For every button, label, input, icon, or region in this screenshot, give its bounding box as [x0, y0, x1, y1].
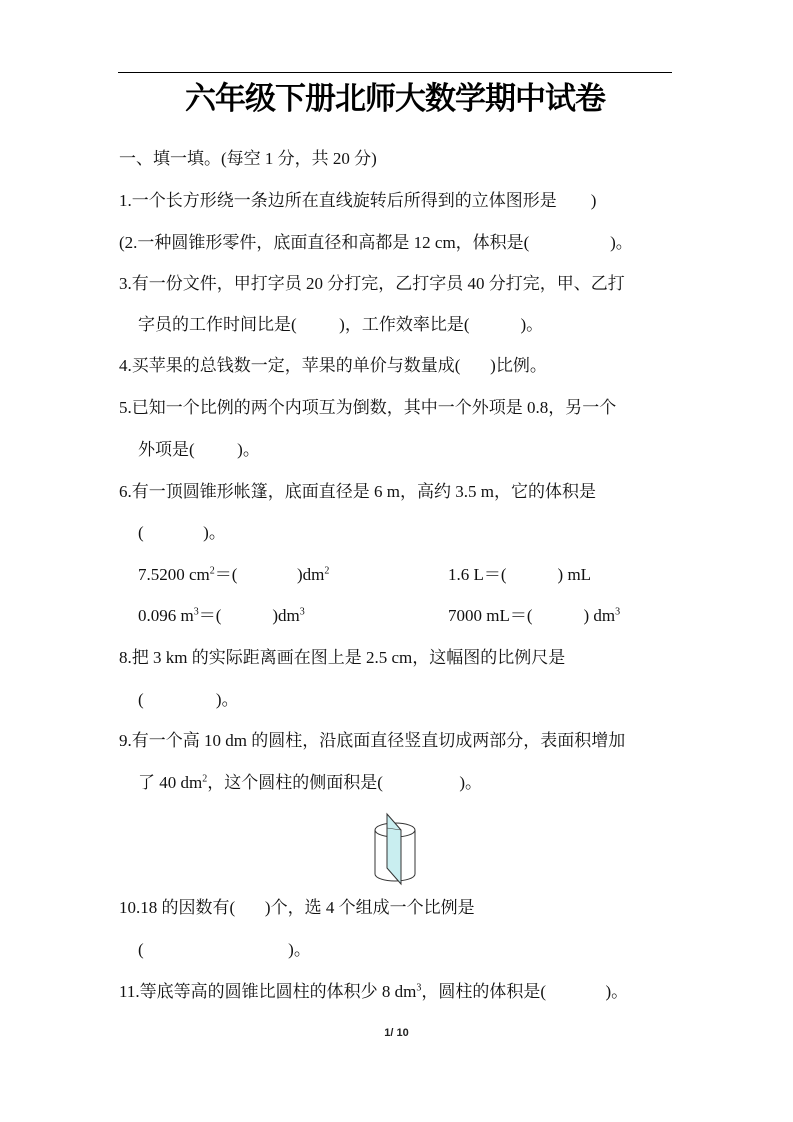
page-number: 1/ 10: [0, 1027, 793, 1039]
q7a-text: 7.5200 cm: [138, 565, 210, 584]
q9-suffix: ，这个圆柱的侧面积是( )。: [207, 773, 482, 792]
question-10-line-2: ( )。: [138, 939, 311, 961]
question-6-line-1: 6.有一顶圆锥形帐篷，底面直径是 6 m，高约 3.5 m，它的体积是: [119, 481, 596, 503]
q11-text: 11.等底等高的圆锥比圆柱的体积少 8 dm: [119, 982, 416, 1001]
question-5-line-1: 5.已知一个比例的两个内项互为倒数，其中一个外项是 0.8，另一个: [119, 397, 616, 419]
question-8-line-2: ( )。: [138, 689, 239, 711]
question-7b: 1.6 L＝( ) mL: [448, 564, 591, 586]
section-heading: 一、填一填。(每空 1 分，共 20 分): [119, 148, 377, 170]
q11-suffix: ，圆柱的体积是( )。: [421, 982, 628, 1001]
question-7a: 7.5200 cm2＝( )dm2: [138, 564, 329, 586]
question-3-line-2: 字员的工作时间比是( )，工作效率比是( )。: [138, 314, 543, 336]
question-4: 4.买苹果的总钱数一定，苹果的单价与数量成( )比例。: [119, 355, 547, 377]
question-7c: 0.096 m3＝( )dm3: [138, 605, 305, 627]
q7c-sup2: 3: [300, 606, 305, 617]
question-2: (2.一种圆锥形零件，底面直径和高都是 12 cm，体积是( )。: [119, 232, 633, 254]
question-3-line-1: 3.有一份文件，甲打字员 20 分打完，乙打字员 40 分打完，甲、乙打: [119, 273, 625, 295]
page-title: 六年级下册北师大数学期中试卷: [118, 78, 672, 120]
q7d-text: 7000 mL＝( ) dm: [448, 606, 615, 625]
header-rule: [118, 72, 672, 73]
q7c-mid: ＝( )dm: [199, 606, 300, 625]
q7c-text: 0.096 m: [138, 606, 194, 625]
question-10-line-1: 10.18 的因数有( )个，选 4 个组成一个比例是: [119, 897, 475, 919]
question-7d: 7000 mL＝( ) dm3: [448, 605, 620, 627]
question-1: 1.一个长方形绕一条边所在直线旋转后所得到的立体图形是 ): [119, 190, 596, 212]
q7a-mid: ＝( )dm: [215, 565, 325, 584]
cylinder-cut-figure: [372, 808, 420, 886]
question-5-line-2: 外项是( )。: [138, 439, 260, 461]
question-6-line-2: ( )。: [138, 522, 226, 544]
question-9-line-2: 了 40 dm2，这个圆柱的侧面积是( )。: [138, 772, 482, 794]
question-8-line-1: 8.把 3 km 的实际距离画在图上是 2.5 cm，这幅图的比例尺是: [119, 647, 565, 669]
q7d-sup: 3: [615, 606, 620, 617]
q9-text: 了 40 dm: [138, 773, 202, 792]
question-9-line-1: 9.有一个高 10 dm 的圆柱，沿底面直径竖直切成两部分，表面积增加: [119, 730, 625, 752]
question-11: 11.等底等高的圆锥比圆柱的体积少 8 dm3，圆柱的体积是( )。: [119, 981, 628, 1003]
q7a-sup2: 2: [324, 565, 329, 576]
